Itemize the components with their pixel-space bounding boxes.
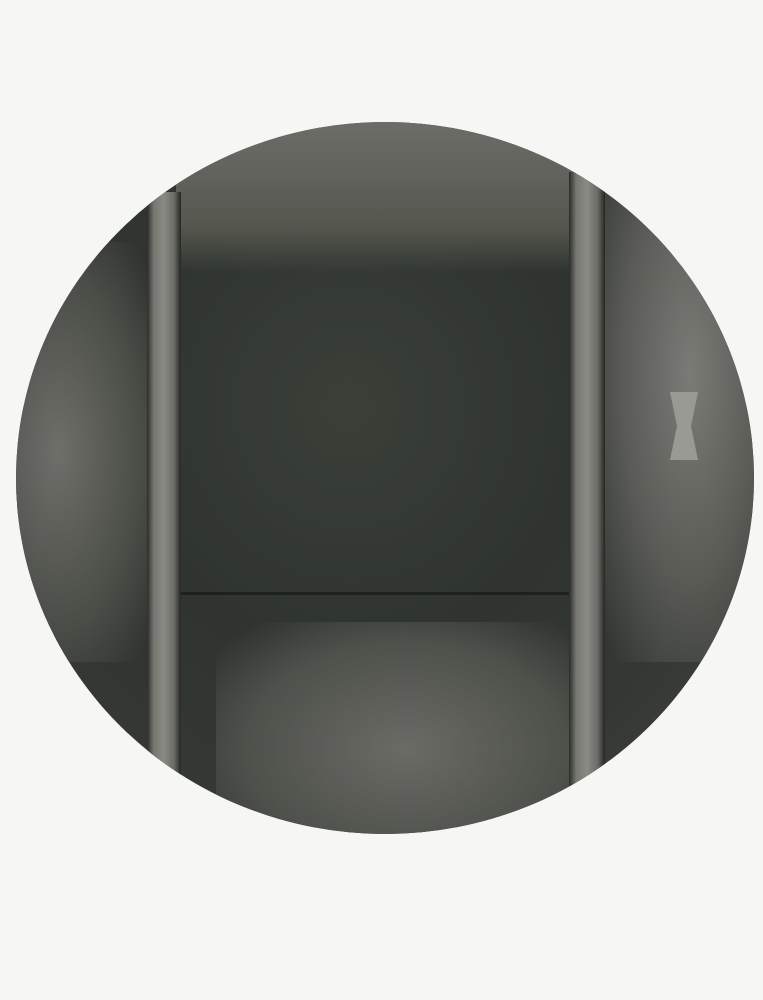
board-seam	[176, 592, 576, 595]
worn-left-area	[16, 242, 156, 662]
tondo-panel-back	[16, 122, 754, 834]
worn-top-area	[176, 122, 576, 272]
right-batten	[569, 172, 605, 792]
left-batten	[147, 192, 181, 782]
worn-bottom-area	[216, 622, 596, 834]
worn-right-area	[594, 182, 754, 662]
